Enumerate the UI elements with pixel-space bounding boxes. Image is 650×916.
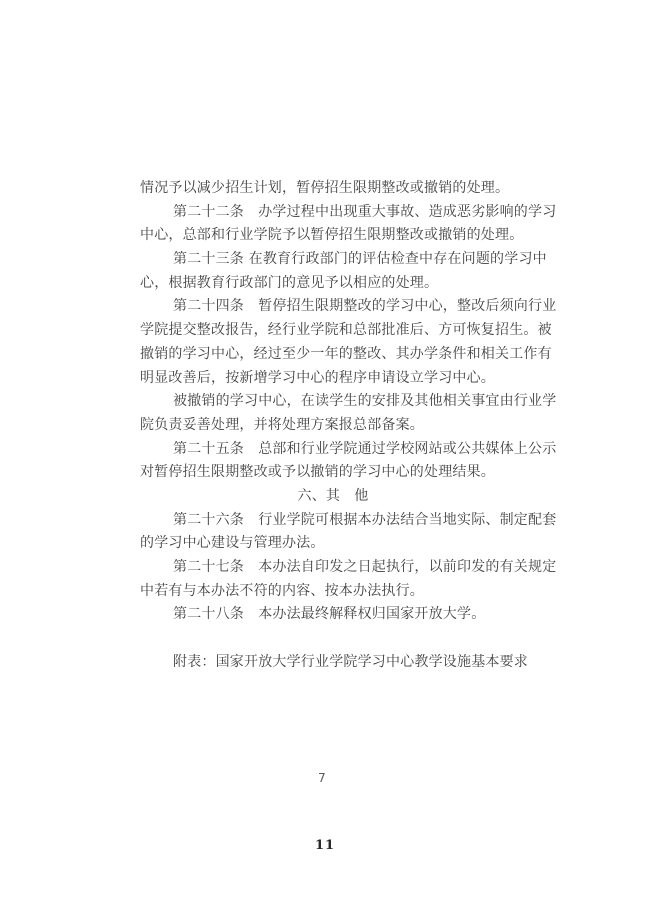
- text-line-article-23: 第二十三条 在教育行政部门的评估检查中存在问题的学习中: [140, 248, 526, 272]
- text-line: 撤销的学习中心，经过至少一年的整改、其办学条件和相关工作有: [140, 343, 526, 367]
- text-line: 中若有与本办法不符的内容、按本办法执行。: [140, 580, 526, 604]
- text-line: 院负责妥善处理，并将处理方案报总部备案。: [140, 414, 526, 438]
- text-line: 的学习中心建设与管理办法。: [140, 532, 526, 556]
- page-number: 11: [0, 838, 650, 853]
- text-line: 对暂停招生限期整改或予以撤销的学习中心的处理结果。: [140, 461, 526, 485]
- text-line-article-26: 第二十六条 行业学院可根据本办法结合当地实际、制定配套: [140, 509, 526, 533]
- scanned-document-page: 情况予以减少招生计划，暂停招生限期整改或撤销的处理。 第二十二条 办学过程中出现…: [0, 0, 650, 916]
- text-line-article-28: 第二十八条 本办法最终解释权归国家开放大学。: [140, 603, 526, 627]
- text-line: 中心，总部和行业学院予以暂停招生限期整改或撤销的处理。: [140, 224, 526, 248]
- text-line-article-22: 第二十二条 办学过程中出现重大事故、造成恶劣影响的学习: [140, 201, 526, 225]
- text-line-article-25: 第二十五条 总部和行业学院通过学校网站或公共媒体上公示: [140, 438, 526, 462]
- scan-artifact-mark: 7: [318, 771, 326, 785]
- text-line: 情况予以减少招生计划，暂停招生限期整改或撤销的处理。: [140, 177, 526, 201]
- section-heading: 六、其 他: [140, 485, 526, 509]
- attachment-note-line: 附表：国家开放大学行业学院学习中心教学设施基本要求: [140, 651, 526, 675]
- blank-line: [140, 627, 526, 651]
- text-line: 被撤销的学习中心，在读学生的安排及其他相关事宜由行业学: [140, 390, 526, 414]
- text-line: 学院提交整改报告，经行业学院和总部批准后、方可恢复招生。被: [140, 319, 526, 343]
- text-line-article-24: 第二十四条 暂停招生限期整改的学习中心，整改后须向行业: [140, 295, 526, 319]
- document-body-text: 情况予以减少招生计划，暂停招生限期整改或撤销的处理。 第二十二条 办学过程中出现…: [140, 177, 526, 674]
- text-line-article-27: 第二十七条 本办法自印发之日起执行，以前印发的有关规定: [140, 556, 526, 580]
- text-line: 心，根据教育行政部门的意见予以相应的处理。: [140, 272, 526, 296]
- text-line: 明显改善后，按新增学习中心的程序申请设立学习中心。: [140, 367, 526, 391]
